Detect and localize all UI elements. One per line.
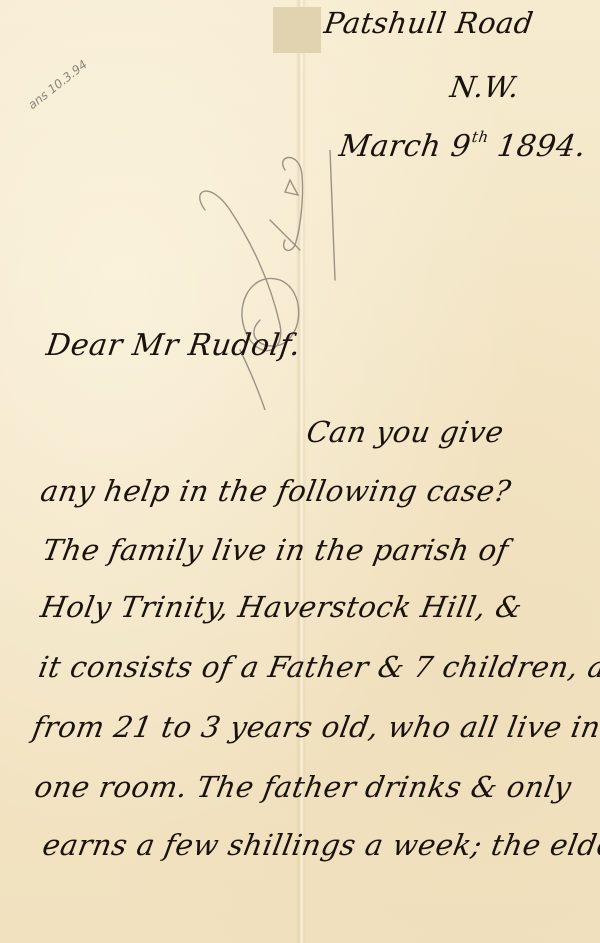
salutation: Dear Mr Rudolf. xyxy=(44,328,303,363)
letter-line: The family live in the parish of xyxy=(40,533,511,567)
letter-line: Holy Trinity, Haverstock Hill, & xyxy=(38,590,525,624)
letter-line: any help in the following case? xyxy=(38,474,514,508)
letter-date: March 9th 1894. xyxy=(337,128,588,164)
date-suffix: th xyxy=(471,128,490,146)
letter-line: one room. The father drinks & only xyxy=(32,770,574,804)
date-year: 1894. xyxy=(495,129,588,164)
letter-line: it consists of a Father & 7 children, ag… xyxy=(36,650,600,684)
address-line-2: N.W. xyxy=(448,70,521,104)
redacted-house-number xyxy=(273,7,321,53)
letter-line: Can you give xyxy=(304,415,506,449)
date-main: March 9 xyxy=(337,129,473,164)
address-line-1: Patshull Road xyxy=(322,6,536,40)
letter-line: earns a few shillings a week; the eldest xyxy=(40,828,600,862)
pencil-scribble-mark xyxy=(190,150,340,410)
letter-line: from 21 to 3 years old, who all live in xyxy=(30,710,600,744)
